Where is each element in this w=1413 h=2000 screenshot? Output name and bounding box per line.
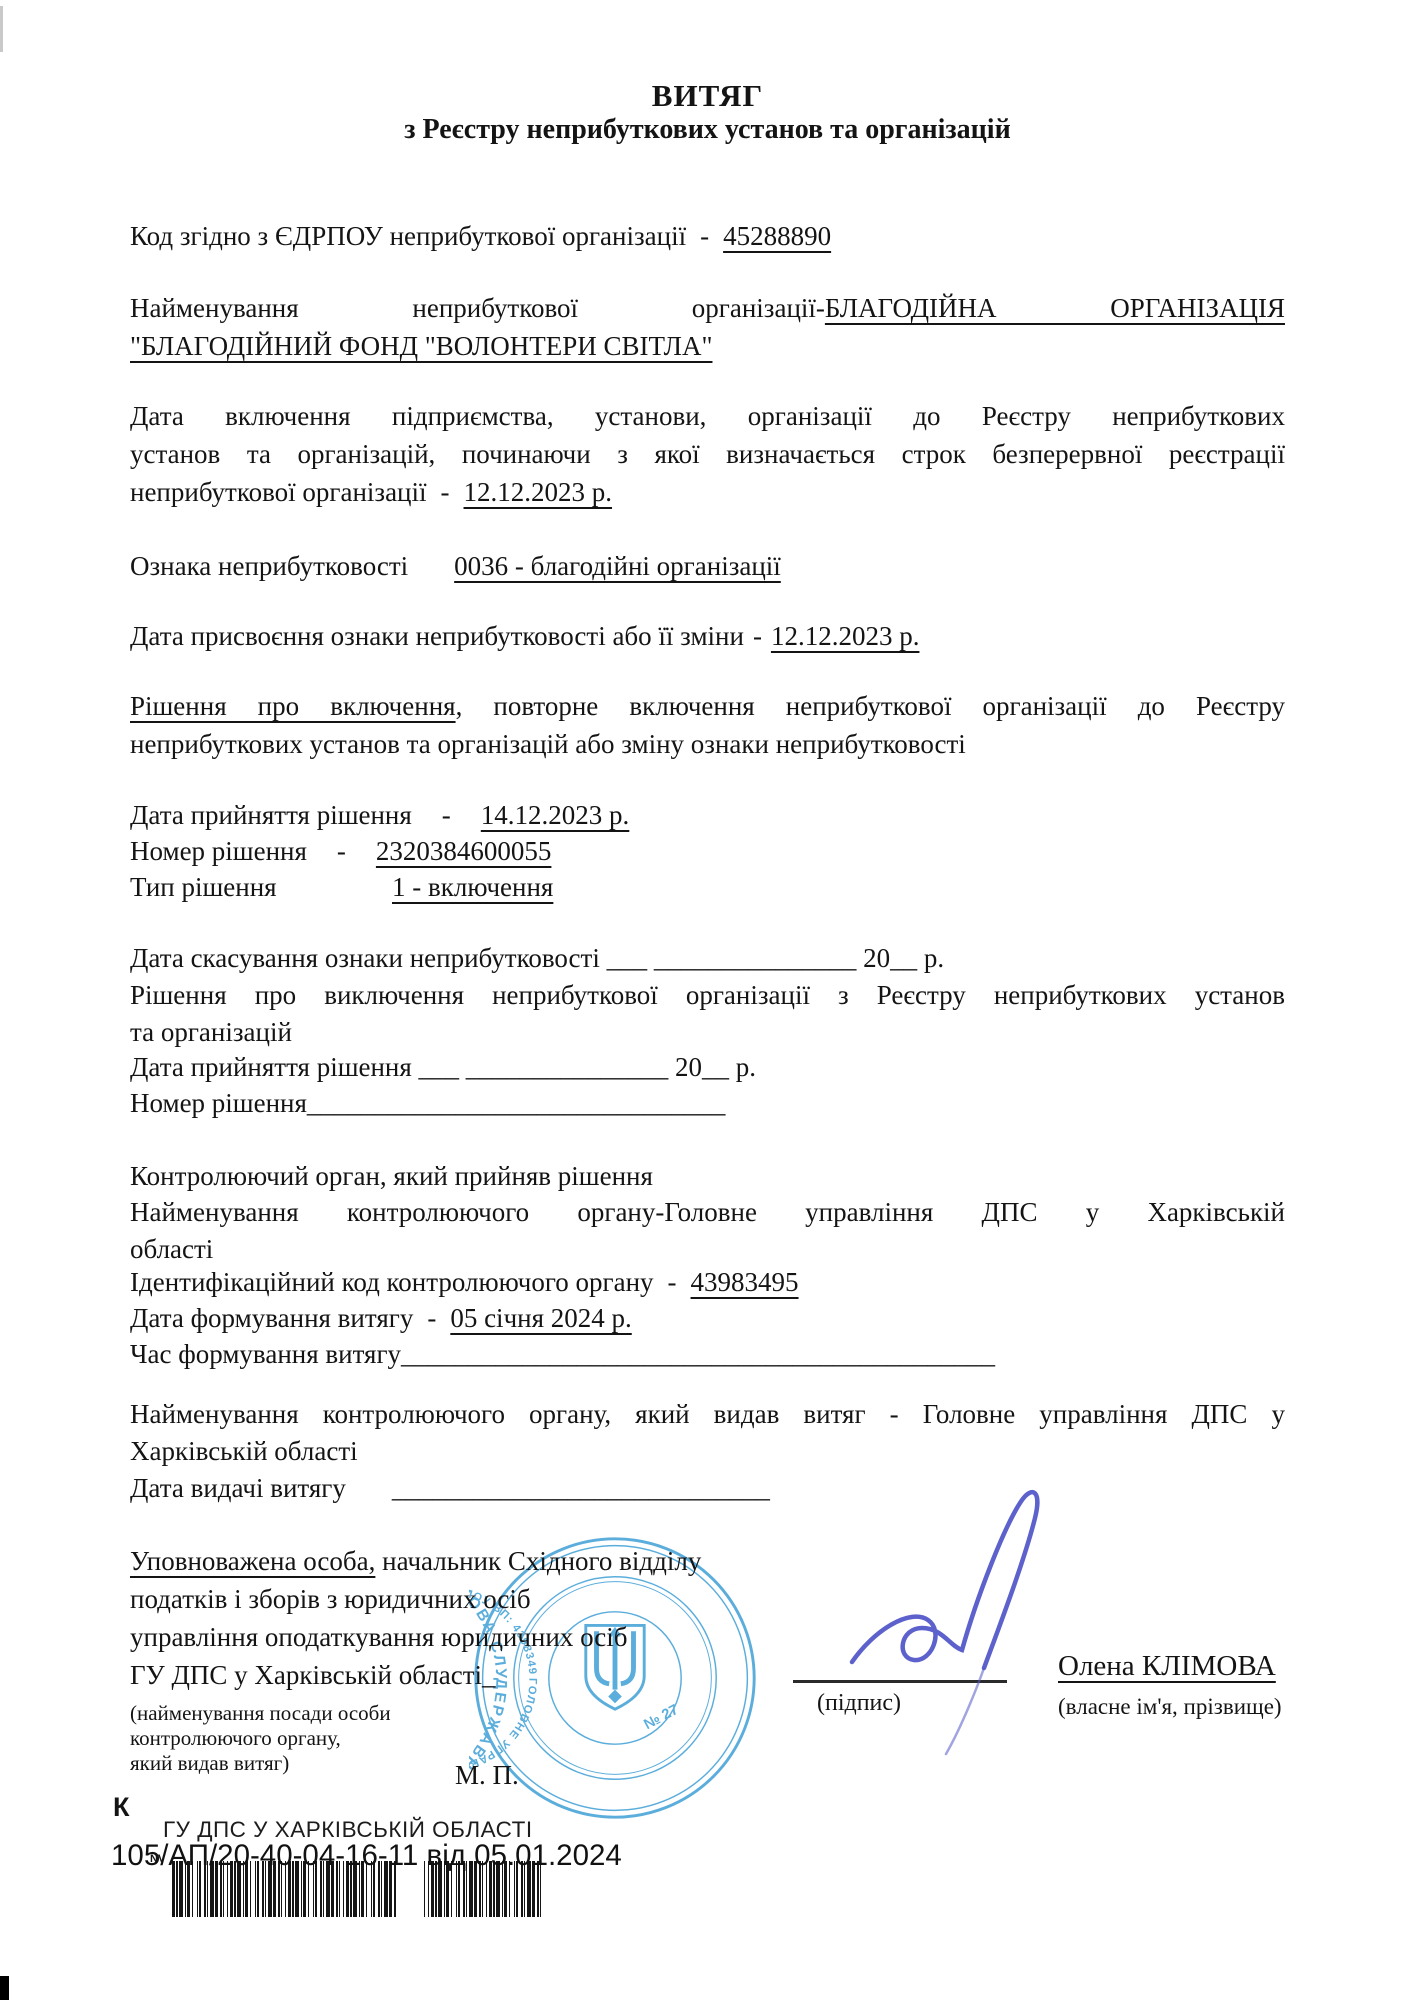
scan-artifact-bottom-left bbox=[0, 1976, 9, 2000]
field-edrpou-code: Код згідно з ЄДРПОУ неприбуткової органі… bbox=[130, 218, 1285, 255]
field-authority-header: Контролюючий орган, який прийняв рішення bbox=[130, 1158, 1285, 1195]
official-name-caption: (власне ім'я, прізвище) bbox=[1058, 1694, 1282, 1720]
field-inclusion-date-line1: Дата включення підприємства, установи, о… bbox=[130, 398, 1285, 435]
org-name-label: Найменування неприбуткової організації bbox=[130, 293, 816, 323]
field-inclusion-date-line3: неприбуткової організації-12.12.2023 р. bbox=[130, 474, 1285, 511]
signatory-role-lead: Уповноважена особа, bbox=[130, 1546, 375, 1576]
document-title: ВИТЯГ bbox=[130, 78, 1285, 114]
signatory-line3: управління оподаткування юридичних осіб bbox=[130, 1618, 790, 1656]
field-decision-include-line1: Рішення про включення, повторне включенн… bbox=[130, 688, 1285, 725]
field-nonprofit-feature: Ознака неприбутковості0036 - благодійні … bbox=[130, 548, 1285, 585]
official-name-text: Олена КЛІМОВА bbox=[1058, 1650, 1276, 1682]
field-decision-exclude-line2: та організацій bbox=[130, 1014, 1285, 1051]
extract-date-value: 05 січня 2024 р. bbox=[450, 1303, 631, 1333]
extract-date-label: Дата формування витягу bbox=[130, 1303, 413, 1333]
authority-code-value: 43983495 bbox=[691, 1267, 799, 1297]
field-issue-date: Дата видачі витягу______________________… bbox=[130, 1470, 1285, 1507]
field-authority-name-line1: Найменування контролюючого органу-Головн… bbox=[130, 1194, 1285, 1231]
decision-type-label: Тип рішення bbox=[130, 869, 392, 906]
org-name-value-part1: БЛАГОДІЙНА ОРГАНІЗАЦІЯ bbox=[825, 293, 1285, 323]
signatory-line4: ГУ ДПС у Харківській області_ bbox=[130, 1656, 790, 1694]
signatory-line2: податків і зборів з юридичних осіб bbox=[130, 1580, 790, 1618]
handwritten-signature bbox=[838, 1482, 1090, 1768]
inclusion-label: неприбуткової організації bbox=[130, 477, 427, 507]
dash: - bbox=[654, 1267, 691, 1297]
issue-date-blank: ____________________________ bbox=[346, 1473, 770, 1503]
field-org-name-line1: Найменування неприбуткової організації-Б… bbox=[130, 290, 1285, 327]
issue-date-label: Дата видачі витягу bbox=[130, 1473, 346, 1503]
field-exclude-decision-number: Номер рішення___________________________… bbox=[130, 1085, 1285, 1122]
field-exclude-decision-date: Дата прийняття рішення ___ _____________… bbox=[130, 1049, 1285, 1086]
edrpou-value: 45288890 bbox=[723, 221, 831, 251]
field-extract-time: Час формування витягу___________________… bbox=[130, 1336, 1285, 1373]
authority-name-label: Найменування контролюючого органу bbox=[130, 1197, 655, 1227]
feature-date-value: 12.12.2023 р. bbox=[771, 621, 920, 651]
decision-number-value: 2320384600055 bbox=[376, 836, 552, 866]
org-name-value-part2: "БЛАГОДІЙНИЙ ФОНД "ВОЛОНТЕРИ СВІТЛА" bbox=[130, 331, 712, 361]
stamp-place-label: М. П. bbox=[455, 1760, 519, 1791]
dash: - bbox=[744, 621, 771, 651]
exclude-number-blank: _______________________________ bbox=[307, 1088, 726, 1118]
document-subtitle: з Реєстру неприбуткових установ та орган… bbox=[130, 114, 1285, 146]
feature-value: 0036 - благодійні організації bbox=[408, 551, 781, 581]
signatory-role-rest: начальник Східного відділу bbox=[375, 1546, 701, 1576]
field-decision-type: Тип рішення1 - включення bbox=[130, 869, 1285, 906]
dash: - bbox=[427, 477, 464, 507]
footer-small-mark: NV bbox=[150, 1853, 165, 1865]
scan-artifact-top-left bbox=[0, 6, 3, 52]
field-feature-date: Дата присвоєння ознаки неприбутковості а… bbox=[130, 618, 1285, 655]
signatory-block: Уповноважена особа, начальник Східного в… bbox=[130, 1542, 790, 1776]
dash: - bbox=[413, 1303, 450, 1333]
decision-number-label: Номер рішення bbox=[130, 836, 307, 866]
decision-date-label: Дата прийняття рішення bbox=[130, 800, 412, 830]
footer-doc-number: 105/АП/20-40-04-16-11 від 05.01.2024 bbox=[111, 1839, 622, 1873]
field-org-name-line2: "БЛАГОДІЙНИЙ ФОНД "ВОЛОНТЕРИ СВІТЛА" bbox=[130, 328, 1285, 365]
feature-date-label: Дата присвоєння ознаки неприбутковості а… bbox=[130, 621, 744, 651]
field-cancel-date: Дата скасування ознаки неприбутковості _… bbox=[130, 940, 1285, 977]
field-decision-exclude-line1: Рішення про виключення неприбуткової орг… bbox=[130, 977, 1285, 1014]
extract-time-blank: ________________________________________… bbox=[401, 1339, 995, 1369]
authority-name-value: Головне управління ДПС у Харківській bbox=[664, 1197, 1285, 1227]
dash: - bbox=[816, 293, 825, 323]
official-name: Олена КЛІМОВА bbox=[1058, 1650, 1276, 1683]
field-decision-number: Номер рішення-2320384600055 bbox=[130, 833, 1285, 870]
field-extract-date: Дата формування витягу-05 січня 2024 р. bbox=[130, 1300, 1285, 1337]
inclusion-value: 12.12.2023 р. bbox=[464, 477, 613, 507]
dash: - bbox=[307, 836, 376, 866]
edrpou-label: Код згідно з ЄДРПОУ неприбуткової органі… bbox=[130, 221, 686, 251]
dash: - bbox=[686, 221, 723, 251]
exclude-number-label: Номер рішення bbox=[130, 1088, 307, 1118]
decision-type-value: 1 - включення bbox=[392, 872, 553, 902]
decision-include-lead: Рішення про включення bbox=[130, 691, 456, 721]
field-authority-name-line2: області bbox=[130, 1231, 1285, 1268]
signatory-line1: Уповноважена особа, начальник Східного в… bbox=[130, 1542, 790, 1580]
field-decision-include-line2: неприбуткових установ та організацій або… bbox=[130, 726, 1285, 763]
dash: - bbox=[412, 800, 481, 830]
footer-k-mark: К bbox=[113, 1792, 129, 1823]
decision-date-value: 14.12.2023 р. bbox=[481, 800, 630, 830]
signatory-note2: контролюючого органу, bbox=[130, 1726, 790, 1751]
signatory-note1: (найменування посади особи bbox=[130, 1701, 790, 1726]
field-inclusion-date-line2: установ та організацій, починаючи з якої… bbox=[130, 436, 1285, 473]
field-issuer-line1: Найменування контролюючого органу, який … bbox=[130, 1396, 1285, 1433]
field-issuer-line2: Харківській області bbox=[130, 1433, 1285, 1470]
document-page: ВИТЯГ з Реєстру неприбуткових установ та… bbox=[0, 0, 1413, 2000]
field-authority-code: Ідентифікаційний код контролюючого орган… bbox=[130, 1264, 1285, 1301]
field-decision-date: Дата прийняття рішення-14.12.2023 р. bbox=[130, 797, 1285, 834]
authority-code-label: Ідентифікаційний код контролюючого орган… bbox=[130, 1267, 654, 1297]
feature-label: Ознака неприбутковості bbox=[130, 551, 408, 581]
decision-include-rest: , повторне включення неприбуткової орган… bbox=[456, 691, 1285, 721]
extract-time-label: Час формування витягу bbox=[130, 1339, 401, 1369]
